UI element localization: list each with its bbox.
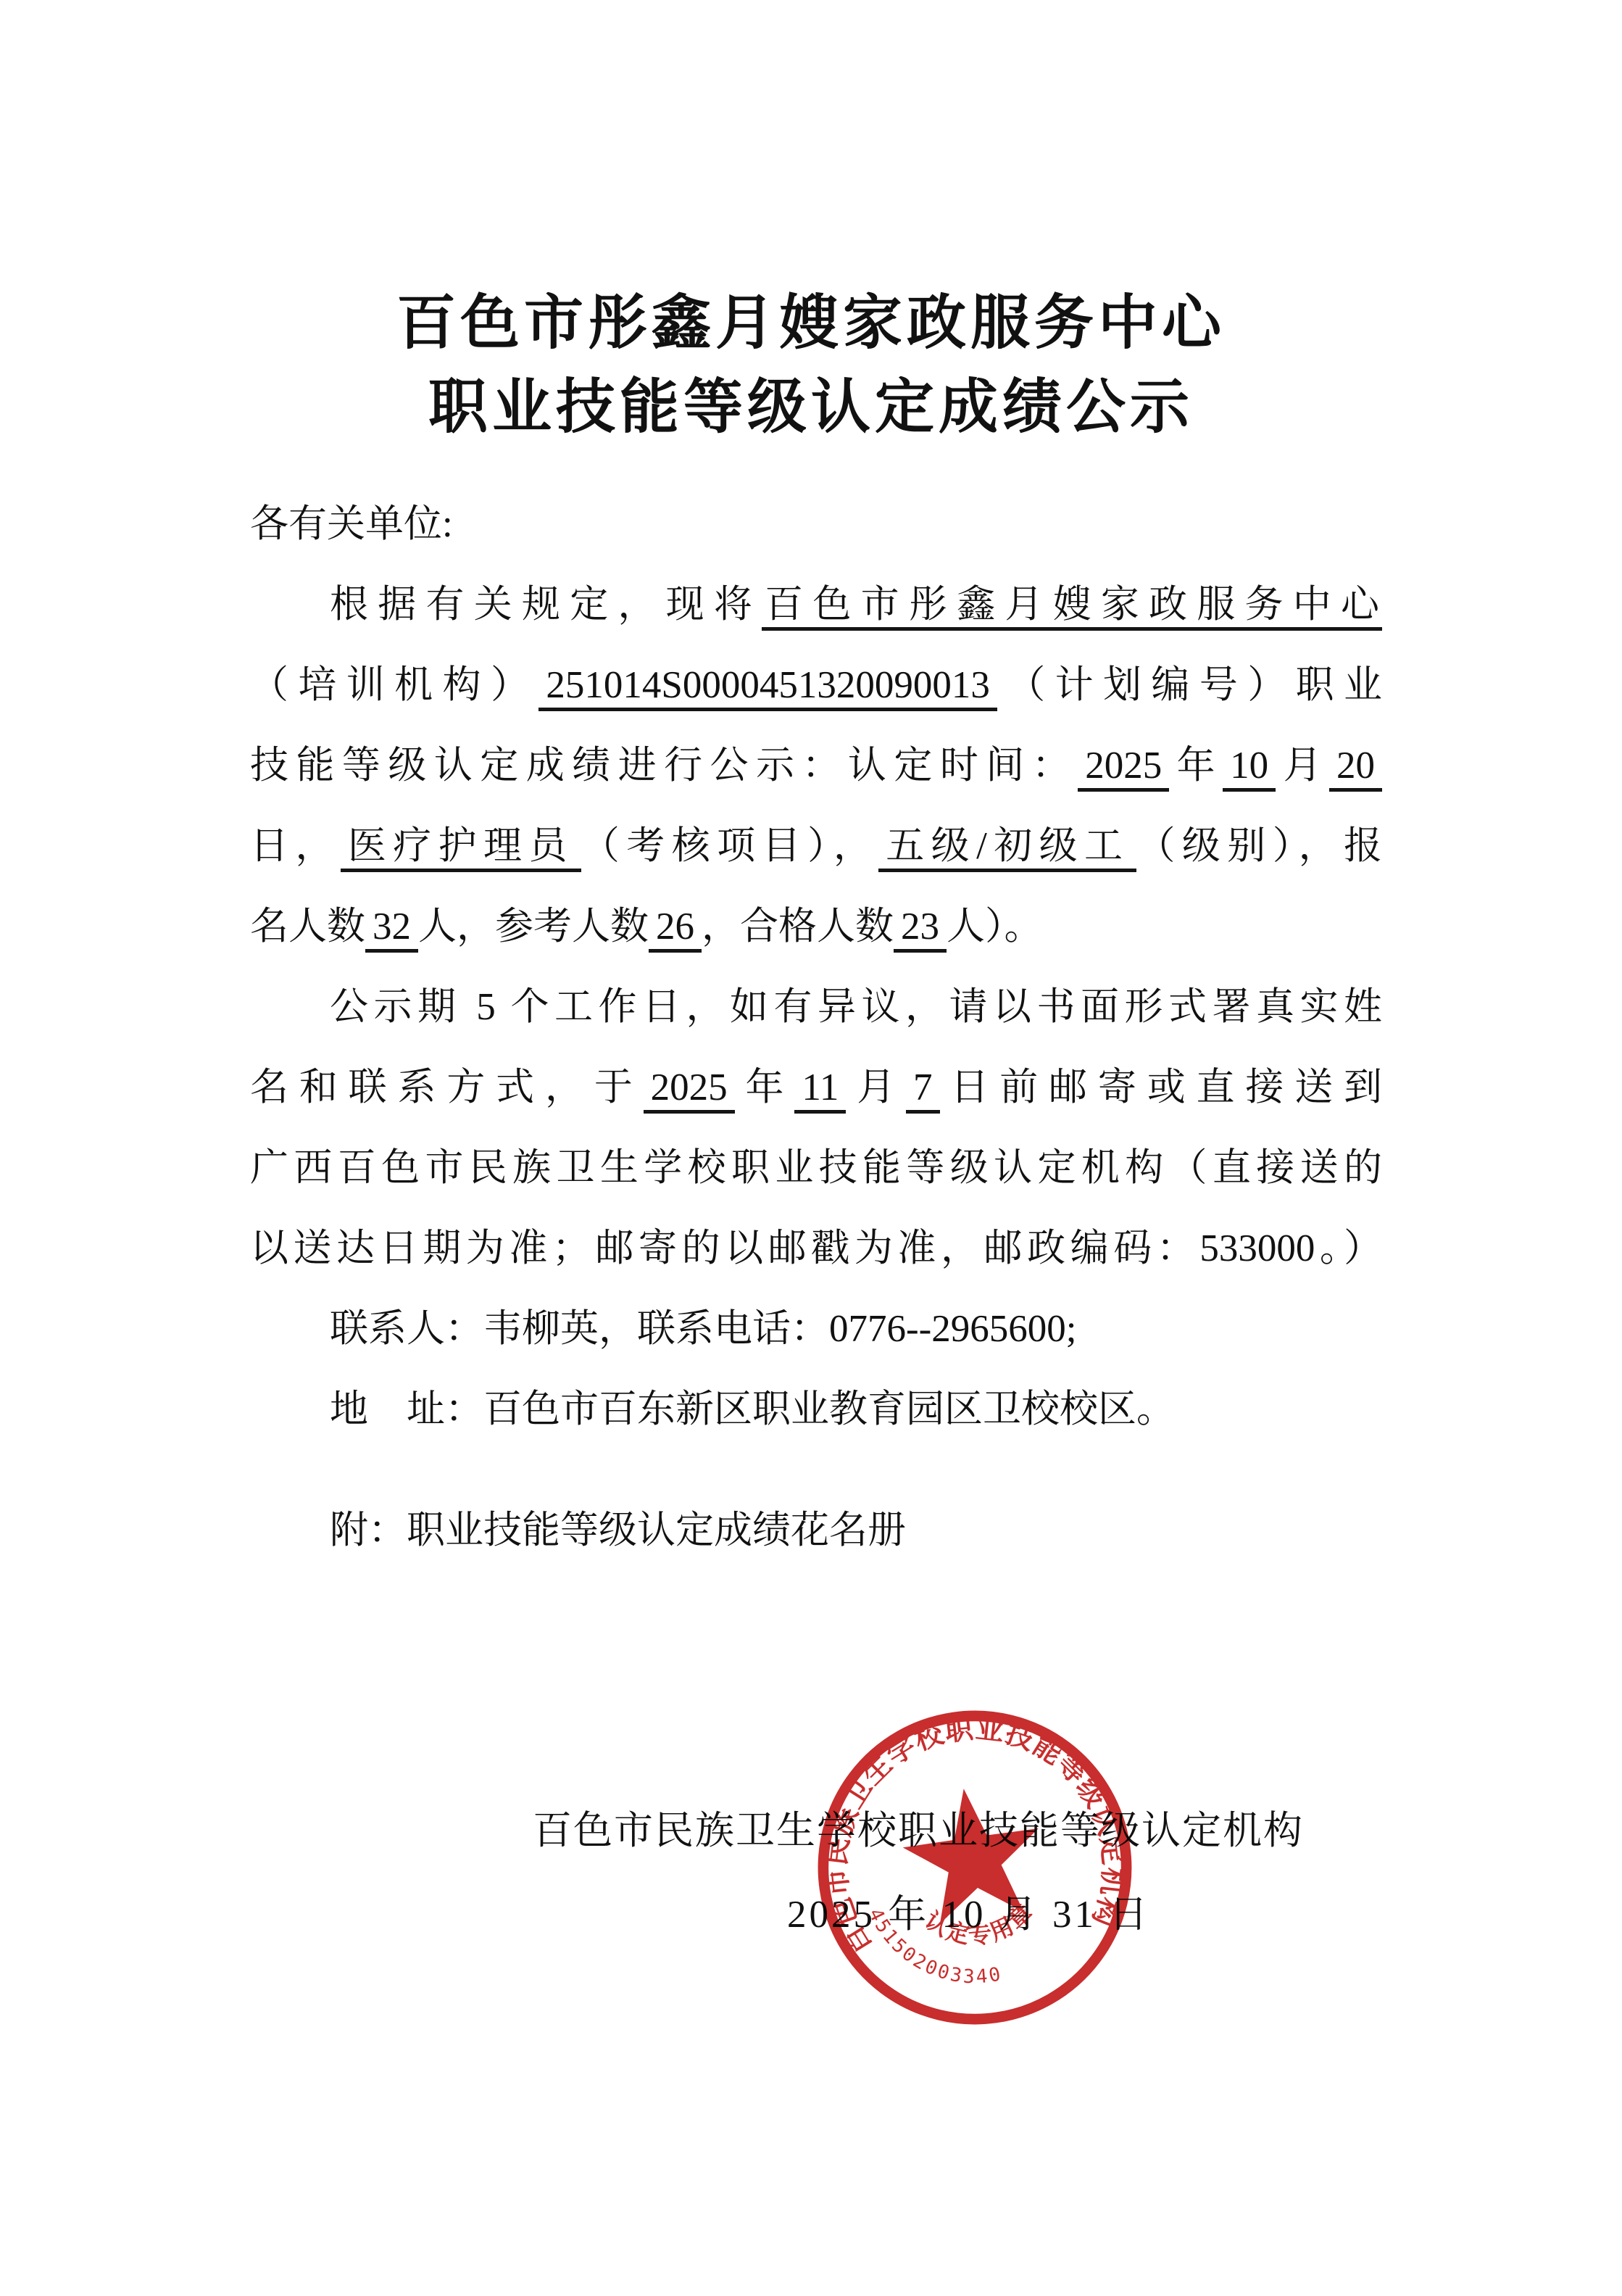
underlined-field-deadline-day: 7	[906, 1066, 940, 1114]
text-segment: 根据有关规定，现将	[330, 584, 762, 626]
seal-inner-text: 认定专用章	[917, 1892, 1042, 1957]
salutation: 各有关单位:	[250, 484, 1382, 565]
underlined-field-plan-number: 251014S0000451320090013	[538, 664, 997, 711]
document-title: 百色市彤鑫月嫂家政服务中心 职业技能等级认定成绩公示	[0, 281, 1622, 449]
svg-text:认定专用章: 认定专用章	[917, 1892, 1042, 1957]
paragraph2-line4: 以送达日期为准；邮寄的以邮戳为准，邮政编码：533000。）	[250, 1209, 1382, 1289]
underlined-field-level: 五级/初级工	[878, 825, 1136, 872]
text-segment: ，合格人数	[702, 905, 894, 948]
underlined-field-day: 20	[1329, 745, 1382, 792]
underlined-field-training-org: 百色市彤鑫月嫂家政服务中心	[762, 584, 1382, 631]
text-segment: 名和联系方式，于	[250, 1066, 644, 1108]
text-segment: 技能等级认定成绩进行公示：认定时间：	[250, 745, 1078, 787]
text-segment: 人，参考人数	[418, 905, 649, 948]
underlined-field-deadline-month: 11	[794, 1066, 846, 1114]
paragraph1-line1: 根据有关规定，现将百色市彤鑫月嫂家政服务中心	[250, 565, 1382, 645]
underlined-field-month: 10	[1223, 745, 1276, 792]
paragraph1-line4: 日，医疗护理员（考核项目），五级/初级工（级别），报	[250, 806, 1382, 887]
paragraph1-line2: （培训机构）251014S0000451320090013（计划编号）职业	[250, 645, 1382, 726]
text-segment: 日前邮寄或直接送到	[940, 1066, 1382, 1108]
seal-graphic: 百色市民族卫生学校职业技能等级认定机构 认定专用章 4515020033403	[786, 1679, 1163, 2056]
document-page: 百色市彤鑫月嫂家政服务中心 职业技能等级认定成绩公示 各有关单位: 根据有关规定…	[0, 0, 1622, 2296]
paragraph1-line5: 名人数32人，参考人数26，合格人数23人）。	[250, 887, 1382, 967]
text-segment: 日，	[250, 825, 341, 867]
underlined-field-passed-count: 23	[894, 905, 947, 953]
text-segment: （考核项目），	[581, 825, 878, 867]
underlined-field-year: 2025	[1078, 745, 1169, 792]
paragraph1-line3: 技能等级认定成绩进行公示：认定时间：2025年10月20	[250, 726, 1382, 806]
official-seal: 百色市民族卫生学校职业技能等级认定机构 认定专用章 4515020033403	[786, 1679, 1163, 2056]
text-segment: 月	[846, 1066, 906, 1108]
address-line: 地 址：百色市百东新区职业教育园区卫校校区。	[250, 1369, 1382, 1450]
text-segment: （级别），报	[1136, 825, 1382, 867]
underlined-field-deadline-year: 2025	[644, 1066, 735, 1114]
text-segment: 名人数	[250, 905, 365, 948]
document-title-line-1: 百色市彤鑫月嫂家政服务中心	[0, 281, 1622, 365]
document-body: 各有关单位: 根据有关规定，现将百色市彤鑫月嫂家政服务中心 （培训机构）2510…	[250, 484, 1382, 1571]
document-title-line-2: 职业技能等级认定成绩公示	[0, 365, 1622, 449]
paragraph2-line1: 公示期 5 个工作日，如有异议，请以书面形式署真实姓	[250, 967, 1382, 1048]
text-segment: 人）。	[947, 905, 1043, 948]
text-segment: （培训机构）	[250, 664, 538, 706]
underlined-field-exam-subject: 医疗护理员	[341, 825, 581, 872]
text-segment: 月	[1276, 745, 1329, 787]
paragraph2-line3: 广西百色市民族卫生学校职业技能等级认定机构（直接送的	[250, 1128, 1382, 1209]
text-segment: 年	[1169, 745, 1223, 787]
underlined-field-registered-count: 32	[365, 905, 418, 953]
attachment-line: 附：职业技能等级认定成绩花名册	[250, 1491, 1382, 1571]
underlined-field-attended-count: 26	[649, 905, 702, 953]
text-segment: （计划编号）职业	[997, 664, 1382, 706]
text-segment: 年	[735, 1066, 795, 1108]
contact-line: 联系人：韦柳英，联系电话：0776--2965600;	[250, 1289, 1382, 1369]
paragraph2-line2: 名和联系方式，于2025年11月7日前邮寄或直接送到	[250, 1048, 1382, 1128]
